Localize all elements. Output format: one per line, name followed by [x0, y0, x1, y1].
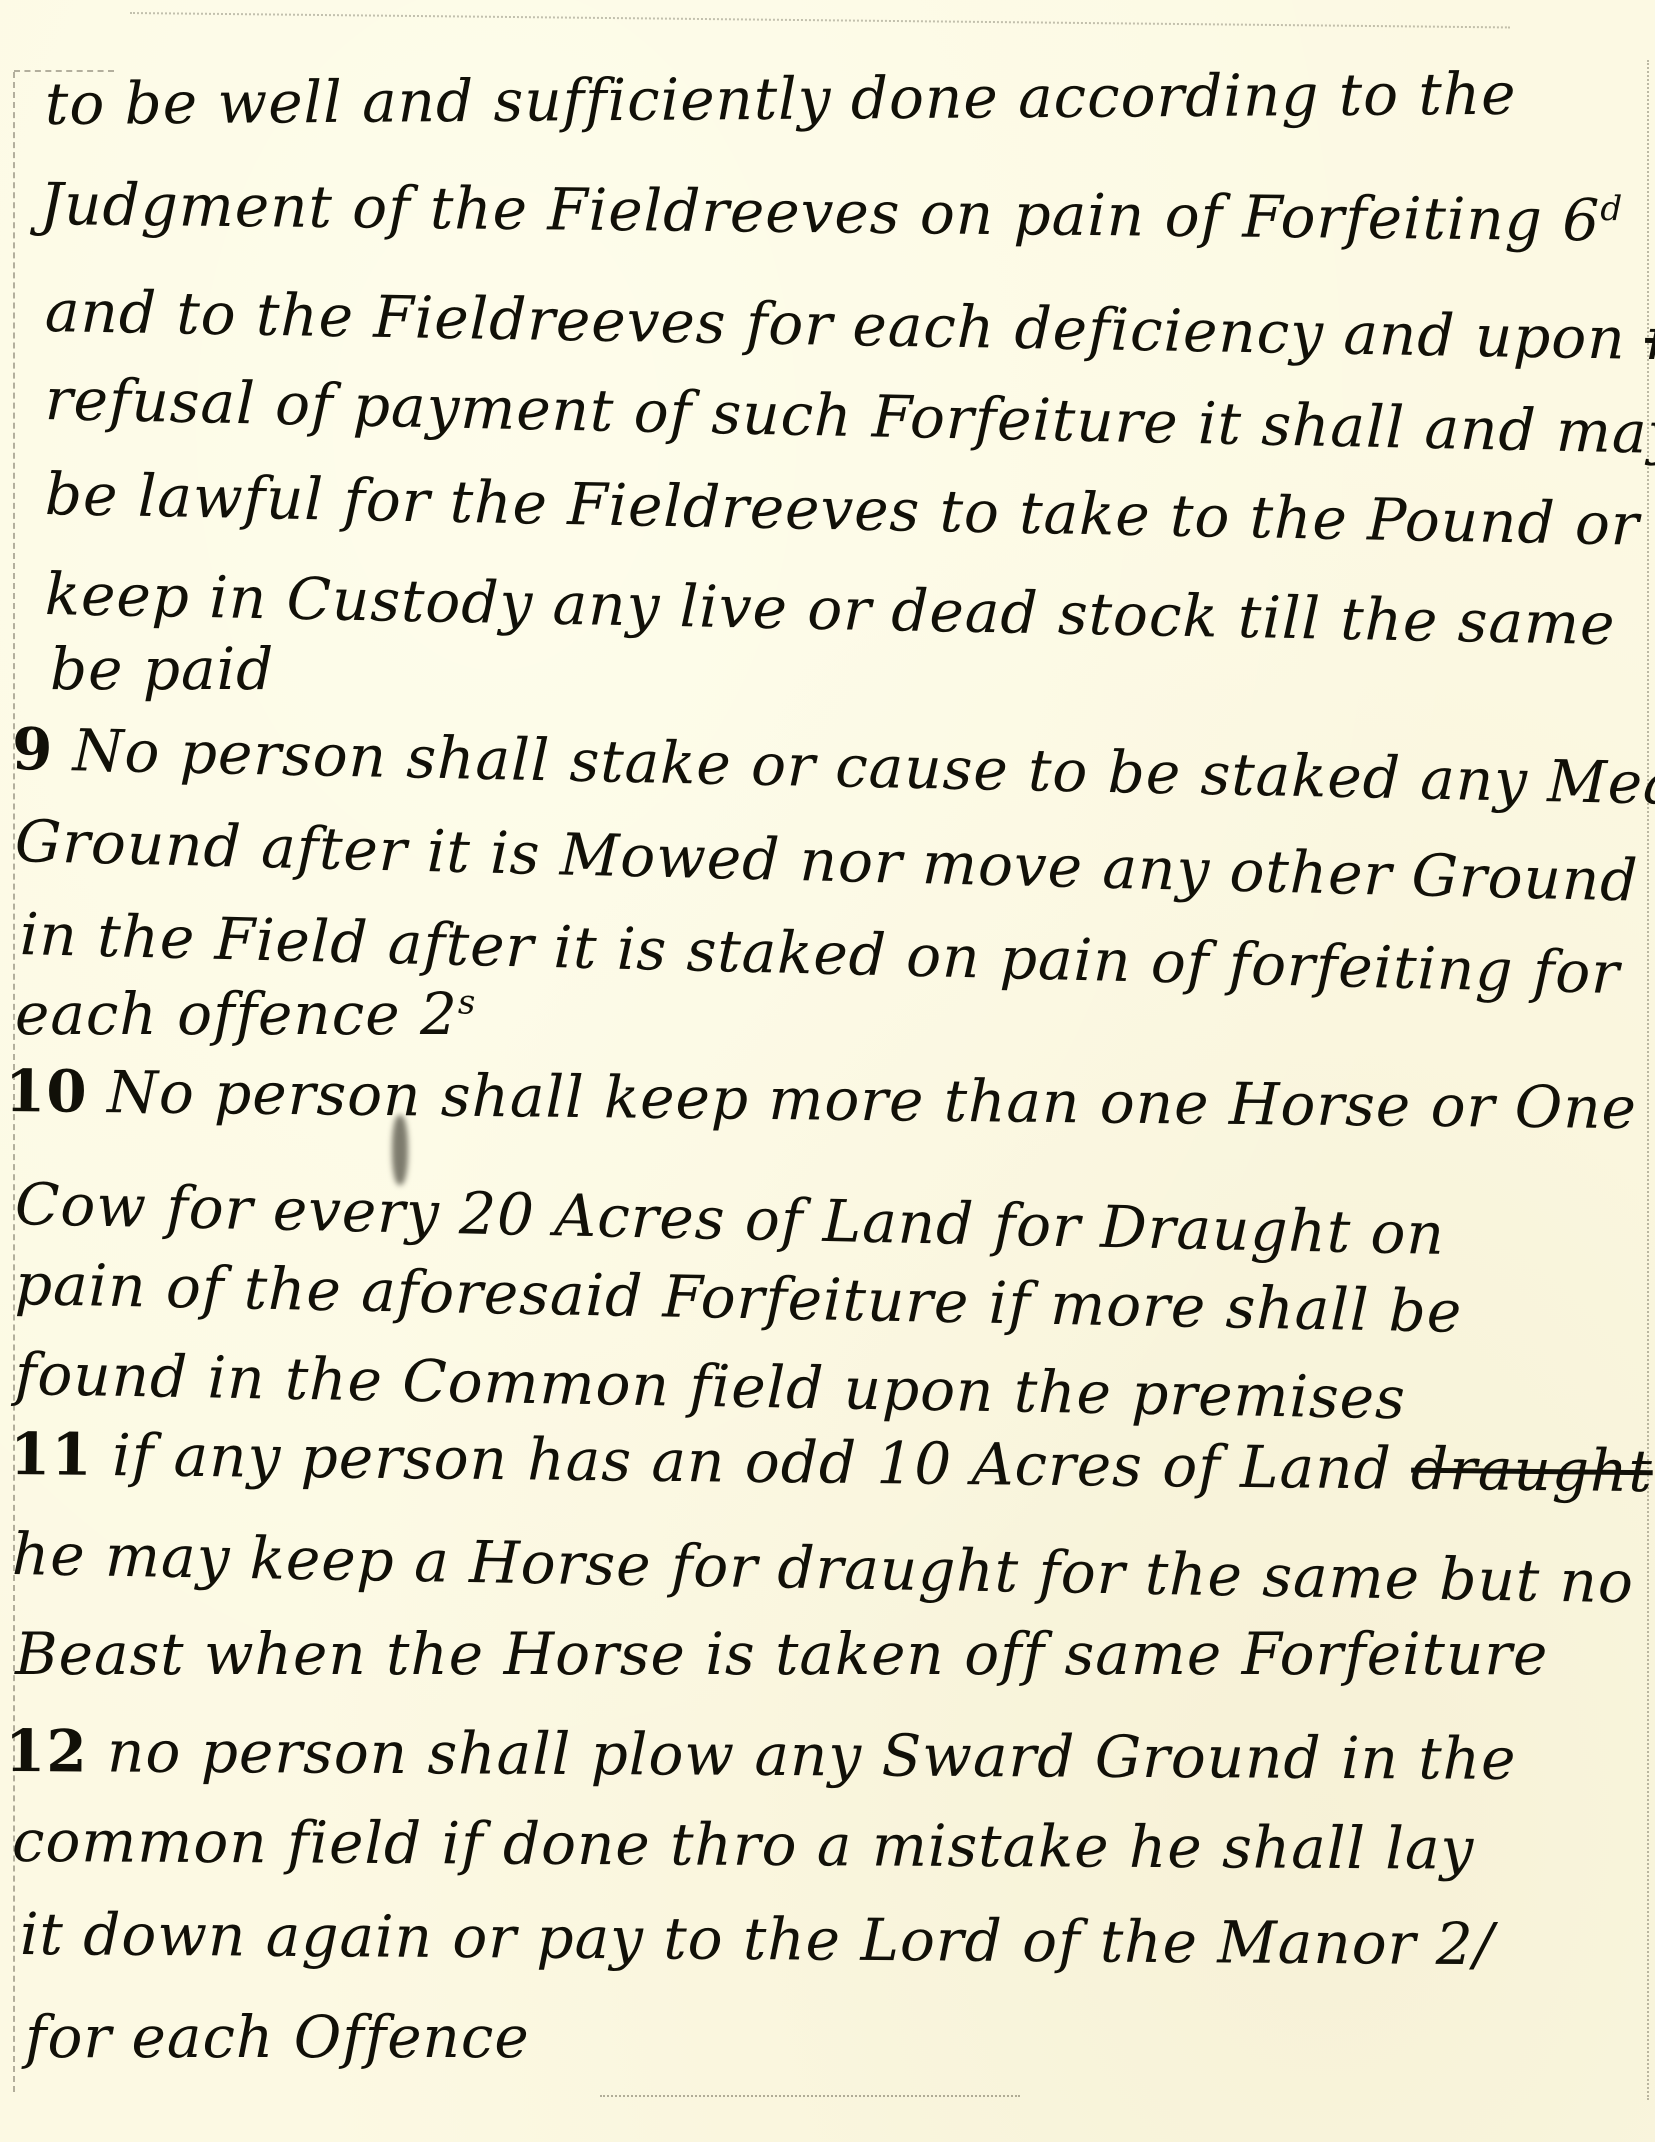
manuscript-line: common field if done thro a mistake he s… — [12, 1812, 1475, 1878]
manuscript-line: be paid — [50, 640, 274, 698]
line-text: Judgment of the Fieldreeves on pain of F… — [40, 170, 1601, 254]
line-text: Beast when the Horse is taken off same F… — [15, 1620, 1548, 1688]
superscript: s — [458, 983, 476, 1023]
bottom-ink-trace — [600, 2085, 1020, 2097]
line-text: pain of the aforesaid Forfeiture if more… — [14, 1250, 1463, 1346]
line-text: common field if done thro a mistake he s… — [12, 1807, 1475, 1883]
line-text: Ground after it is Mowed nor move any ot… — [14, 807, 1639, 915]
manuscript-line: 12 no person shall plow any Sward Ground… — [5, 1722, 1517, 1788]
struck-word: draught — [1411, 1435, 1653, 1506]
line-text: if any person has an odd 10 Acres of Lan… — [112, 1421, 1392, 1502]
manuscript-line: 11 if any person has an odd 10 Acres of … — [10, 1425, 1653, 1500]
manuscript-line: Beast when the Horse is taken off same F… — [15, 1625, 1548, 1683]
line-text: he may keep a Horse for draught for the … — [11, 1520, 1634, 1616]
manuscript-line: he may keep a Horse for draught for the … — [11, 1525, 1634, 1611]
line-text: keep in Custody any live or dead stock t… — [44, 560, 1616, 658]
line-text: to be well and sufficiently done accordi… — [45, 60, 1517, 138]
line-text: found in the Common field upon the premi… — [14, 1340, 1406, 1432]
line-text: no person shall plow any Sward Ground in… — [107, 1718, 1517, 1793]
manuscript-line: found in the Common field upon the premi… — [14, 1345, 1406, 1427]
manuscript-line: to be well and sufficiently done accordi… — [45, 65, 1517, 133]
manuscript-line: keep in Custody any live or dead stock t… — [44, 565, 1616, 653]
manuscript-line: refusal of payment of such Forfeiture it… — [44, 370, 1655, 462]
manuscript-line: Ground after it is Mowed nor move any ot… — [14, 812, 1639, 910]
manuscript-line: 10 No person shall keep more than one Ho… — [5, 1062, 1638, 1137]
manuscript-line: for each Offence — [25, 2008, 530, 2066]
line-text: refusal of payment of such Forfeiture it… — [44, 365, 1655, 467]
item-number: 12 — [5, 1717, 88, 1785]
manuscript-line: Cow for every 20 Acres of Land for Draug… — [14, 1175, 1445, 1263]
manuscript-page: to be well and sufficiently done accordi… — [0, 0, 1655, 2142]
line-text: for each Offence — [25, 2003, 530, 2071]
manuscript-line: pain of the aforesaid Forfeiture if more… — [14, 1255, 1462, 1341]
superscript: d — [1600, 189, 1623, 229]
line-text: be lawful for the Fieldreeves to take to… — [44, 460, 1640, 559]
manuscript-line: be lawful for the Fieldreeves to take to… — [44, 465, 1640, 554]
line-text: be paid — [50, 635, 274, 703]
top-ruled-line — [130, 12, 1510, 28]
line-text: No person shall keep more than one Horse… — [107, 1058, 1638, 1142]
manuscript-line: it down again or pay to the Lord of the … — [20, 1905, 1495, 1973]
struck-word: refusal — [1645, 305, 1655, 377]
manuscript-line: and to the Fieldreeves for each deficien… — [44, 282, 1655, 372]
line-text: and to the Fieldreeves for each deficien… — [44, 277, 1626, 373]
line-text: No person shall stake or cause to be sta… — [72, 716, 1655, 818]
line-text: each offence 2 — [15, 980, 458, 1048]
item-number: 10 — [5, 1057, 88, 1126]
manuscript-line: 9 No person shall stake or cause to be s… — [11, 720, 1655, 814]
manuscript-line: each offence 2s — [15, 985, 476, 1043]
manuscript-line: Judgment of the Fieldreeves on pain of F… — [40, 175, 1624, 250]
item-number: 11 — [10, 1420, 93, 1489]
line-text: it down again or pay to the Lord of the … — [20, 1900, 1495, 1978]
item-number: 9 — [11, 715, 54, 784]
